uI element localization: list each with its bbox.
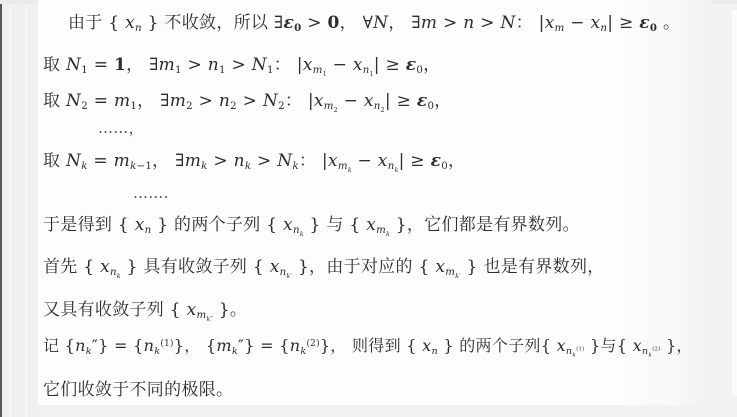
text-segment: n xyxy=(293,225,300,236)
proof-line-epsilon-statement: 由于 { xn } 不收敛，所以 ∃ε0 > 0， ∀N， ∃m > n > N… xyxy=(68,13,680,33)
text-segment: N xyxy=(66,151,81,171)
text-segment: > xyxy=(301,13,327,33)
text-segment: 又具有收敛子列 { xyxy=(43,300,187,320)
text-segment: > xyxy=(251,151,277,171)
subscript: 2 xyxy=(230,101,237,112)
text-segment: > xyxy=(437,13,463,33)
text-segment: x xyxy=(353,55,363,75)
left-gutter xyxy=(0,0,38,417)
text-segment: x xyxy=(125,13,135,33)
text-segment: > xyxy=(193,91,219,111)
text-segment: n xyxy=(463,13,474,33)
text-segment: n xyxy=(144,336,155,355)
text-segment: | ≥ xyxy=(374,55,406,75)
text-segment: x xyxy=(314,91,324,111)
text-segment: n xyxy=(145,225,152,236)
text-segment: ， ∃ xyxy=(137,91,170,111)
text-segment: x xyxy=(435,257,445,277)
text-segment: ε xyxy=(406,55,417,75)
text-segment: ， xyxy=(434,91,451,111)
text-segment: > xyxy=(226,55,252,75)
text-segment: ， ∃ xyxy=(388,13,421,33)
text-segment: x xyxy=(378,151,388,171)
proof-line-notation: 记 {nk″} = {nk(1)}， {mk″} = {nk(2)}， 则得到 … xyxy=(43,336,693,355)
subscript: 2 xyxy=(186,101,193,112)
text-segment: 1 xyxy=(81,65,88,76)
text-segment: m xyxy=(159,55,175,75)
subscript: n1 xyxy=(363,65,374,76)
text-segment: }。 xyxy=(213,300,247,320)
text-segment: n xyxy=(75,336,86,355)
subscript: nk xyxy=(388,161,399,172)
text-segment: 1 xyxy=(114,55,126,75)
ellipsis-line: ……， xyxy=(98,119,144,137)
text-segment: ， ∀ xyxy=(340,13,374,33)
proof-line-two-subsequences: 于是得到 { xn } 的两个子列 { xnk } 与 { xmk }，它们都是… xyxy=(43,215,580,235)
text-segment: ″} = { xyxy=(92,336,144,355)
gutter-groove-line xyxy=(10,0,11,417)
superscript: (1) xyxy=(576,346,584,352)
text-segment: ： | xyxy=(516,13,545,33)
text-segment: N xyxy=(263,91,278,111)
text-segment: }， 则得到 { xyxy=(320,336,422,355)
subscript: m1 xyxy=(313,65,327,76)
text-segment: x xyxy=(366,215,376,235)
text-segment: x xyxy=(364,91,374,111)
text-segment: ε xyxy=(283,13,294,33)
text-segment: } 具有收敛子列 { xyxy=(121,257,270,277)
text-segment: 首先 { xyxy=(43,257,100,277)
text-segment: 1 xyxy=(175,65,182,76)
text-segment: 于是得到 { xyxy=(43,215,135,235)
text-segment: x xyxy=(591,13,601,33)
text-segment: | ≥ xyxy=(385,91,417,111)
text-segment: }，它们都是有界数列。 xyxy=(390,215,580,235)
text-segment: ： | xyxy=(299,151,328,171)
text-segment: n xyxy=(219,91,230,111)
subscript: k xyxy=(572,352,576,358)
proof-line-N2: 取 N2 = m1， ∃m2 > n2 > N2： |xm2 − xn2| ≥ … xyxy=(43,91,452,111)
subscript: nk xyxy=(110,267,121,278)
text-segment: } 也是有界数列， xyxy=(461,257,605,277)
text-segment: x xyxy=(283,215,293,235)
text-segment: x xyxy=(545,13,555,33)
text-segment: ……. xyxy=(133,184,169,202)
text-segment: x xyxy=(303,55,313,75)
text-segment: } 不收敛，所以 ∃ xyxy=(142,13,284,33)
subscript: 2 xyxy=(81,101,88,112)
text-segment: ， xyxy=(423,55,440,75)
text-segment: m xyxy=(114,151,130,171)
text-segment: 取 xyxy=(43,151,66,171)
text-segment: > xyxy=(208,151,234,171)
text-segment: − xyxy=(327,55,353,75)
text-segment: ε xyxy=(639,13,650,33)
text-segment: }，由于对应的 { xyxy=(292,257,435,277)
text-segment: (1) xyxy=(160,339,173,349)
text-segment: m xyxy=(197,310,207,321)
text-segment: = xyxy=(88,55,114,75)
text-segment: = xyxy=(88,151,114,171)
text-segment: n xyxy=(363,65,370,76)
superscript: (2) xyxy=(652,346,660,352)
text-segment: − xyxy=(565,13,591,33)
text-segment: ， xyxy=(448,151,465,171)
text-segment: x xyxy=(557,336,566,355)
subscript: 1 xyxy=(81,65,88,76)
subscript: k xyxy=(648,352,652,358)
text-segment: x xyxy=(100,257,110,277)
text-segment: ： | xyxy=(285,91,314,111)
text-segment: N xyxy=(66,55,81,75)
text-segment: ″} = { xyxy=(238,336,290,355)
text-segment: = xyxy=(88,91,114,111)
text-segment: (2) xyxy=(652,346,660,352)
text-segment: m xyxy=(421,13,437,33)
text-segment: } 与 { xyxy=(304,215,366,235)
text-segment: k xyxy=(648,352,652,358)
superscript: (1) xyxy=(160,339,173,349)
subscript: m2 xyxy=(324,101,338,112)
text-segment: 由于 { xyxy=(68,13,125,33)
text-segment: n xyxy=(208,55,219,75)
text-segment: 。 xyxy=(657,13,680,33)
text-segment: 取 xyxy=(43,91,66,111)
text-segment: m xyxy=(185,151,201,171)
subscript: mk′ xyxy=(445,267,461,278)
text-segment: 0 xyxy=(327,13,339,33)
text-segment: m xyxy=(445,267,455,278)
text-segment: > xyxy=(182,55,208,75)
subscript: n2 xyxy=(374,101,385,112)
subscript: mk xyxy=(376,225,390,236)
text-segment: 它们收敛于不同的极限。 xyxy=(43,380,233,400)
text-segment: k xyxy=(572,352,576,358)
text-segment: x xyxy=(187,300,197,320)
text-segment: n xyxy=(290,336,301,355)
subscript: 1 xyxy=(175,65,182,76)
subscript: m xyxy=(555,23,565,34)
subscript: nk′ xyxy=(280,267,293,278)
text-segment: 0 xyxy=(441,161,448,172)
gutter-groove-line xyxy=(26,0,27,417)
proof-line-conclusion: 它们收敛于不同的极限。 xyxy=(43,380,233,400)
text-segment: 2 xyxy=(278,101,285,112)
subscript: n xyxy=(145,225,152,236)
text-segment: ： | xyxy=(274,55,303,75)
text-segment: ε xyxy=(417,91,428,111)
text-segment: > xyxy=(237,91,263,111)
text-segment: ε xyxy=(431,151,442,171)
text-segment: − xyxy=(338,91,364,111)
text-segment: n xyxy=(234,151,245,171)
text-segment: n xyxy=(374,101,381,112)
proof-line-N1: 取 N1 = 1， ∃m1 > n1 > N1： |xm1 − xn1| ≥ ε… xyxy=(43,55,441,75)
text-segment: N xyxy=(373,13,388,33)
subscript: mk xyxy=(338,161,352,172)
text-segment: }与{ xyxy=(585,336,633,355)
subscript: nk xyxy=(293,225,304,236)
subscript: nk(2) xyxy=(642,346,661,357)
text-segment: N xyxy=(252,55,267,75)
text-segment: n xyxy=(388,161,395,172)
text-segment: m xyxy=(376,225,386,236)
text-segment: } 的两个子列 { xyxy=(152,215,284,235)
right-page-sliver xyxy=(732,10,737,396)
subscript: 1 xyxy=(267,65,274,76)
text-segment: n xyxy=(110,267,117,278)
subscript: 0 xyxy=(441,161,448,172)
text-segment: ， ∃ xyxy=(152,151,185,171)
superscript: (2) xyxy=(306,339,319,349)
subscript: n xyxy=(135,23,142,34)
text-segment: }， { xyxy=(174,336,217,355)
text-segment: N xyxy=(66,91,81,111)
ellipsis-line: ……. xyxy=(133,184,169,202)
text-segment: x xyxy=(270,257,280,277)
text-segment: (2) xyxy=(306,339,319,349)
text-segment: 2 xyxy=(81,101,88,112)
text-segment: 2 xyxy=(186,101,193,112)
text-segment: > xyxy=(475,13,501,33)
page-binding-edge xyxy=(0,0,2,417)
text-segment: x xyxy=(135,215,145,235)
text-segment: m xyxy=(114,91,130,111)
text-segment: m xyxy=(324,101,334,112)
text-segment: n xyxy=(280,267,287,278)
text-segment: 2 xyxy=(230,101,237,112)
text-segment: } 的两个子列{ xyxy=(438,336,557,355)
text-segment: (1) xyxy=(576,346,584,352)
text-segment: N xyxy=(500,13,515,33)
proof-line-convergent-sub2: 又具有收敛子列 { xmk″ }。 xyxy=(43,300,247,320)
text-segment: m xyxy=(216,336,231,355)
subscript: 1 xyxy=(219,65,226,76)
text-segment: n xyxy=(135,23,142,34)
text-segment: ， ∃ xyxy=(126,55,159,75)
document-page: 由于 { xn } 不收敛，所以 ∃ε0 > 0， ∀N， ∃m > n > N… xyxy=(38,0,712,405)
text-segment: | ≥ xyxy=(607,13,639,33)
text-segment: m xyxy=(555,23,565,34)
subscript: nk(1) xyxy=(566,346,585,357)
text-segment: 记 { xyxy=(43,336,75,355)
text-segment: x xyxy=(328,151,338,171)
scanned-document-view: 由于 { xn } 不收敛，所以 ∃ε0 > 0， ∀N， ∃m > n > N… xyxy=(0,0,737,417)
text-segment: 取 xyxy=(43,55,66,75)
text-segment: x xyxy=(633,336,642,355)
subscript: 2 xyxy=(278,101,285,112)
text-segment: 1 xyxy=(267,65,274,76)
proof-line-Nk: 取 Nk = mk−1， ∃mk > nk > Nk： |xmk − xnk| … xyxy=(43,151,465,171)
subscript: mk″ xyxy=(197,310,214,321)
text-segment: − xyxy=(352,151,378,171)
text-segment: m xyxy=(170,91,186,111)
text-segment: ……， xyxy=(98,119,144,137)
text-segment: | ≥ xyxy=(399,151,431,171)
text-segment: −1 xyxy=(137,161,153,172)
proof-line-convergent-sub: 首先 { xnk } 具有收敛子列 { xnk′ }，由于对应的 { xmk′ … xyxy=(43,257,605,277)
text-segment: m xyxy=(338,161,348,172)
subscript: k−1 xyxy=(130,161,152,172)
text-segment: 1 xyxy=(219,65,226,76)
text-segment: N xyxy=(277,151,292,171)
text-segment: }， xyxy=(661,336,693,355)
text-segment: m xyxy=(313,65,323,76)
